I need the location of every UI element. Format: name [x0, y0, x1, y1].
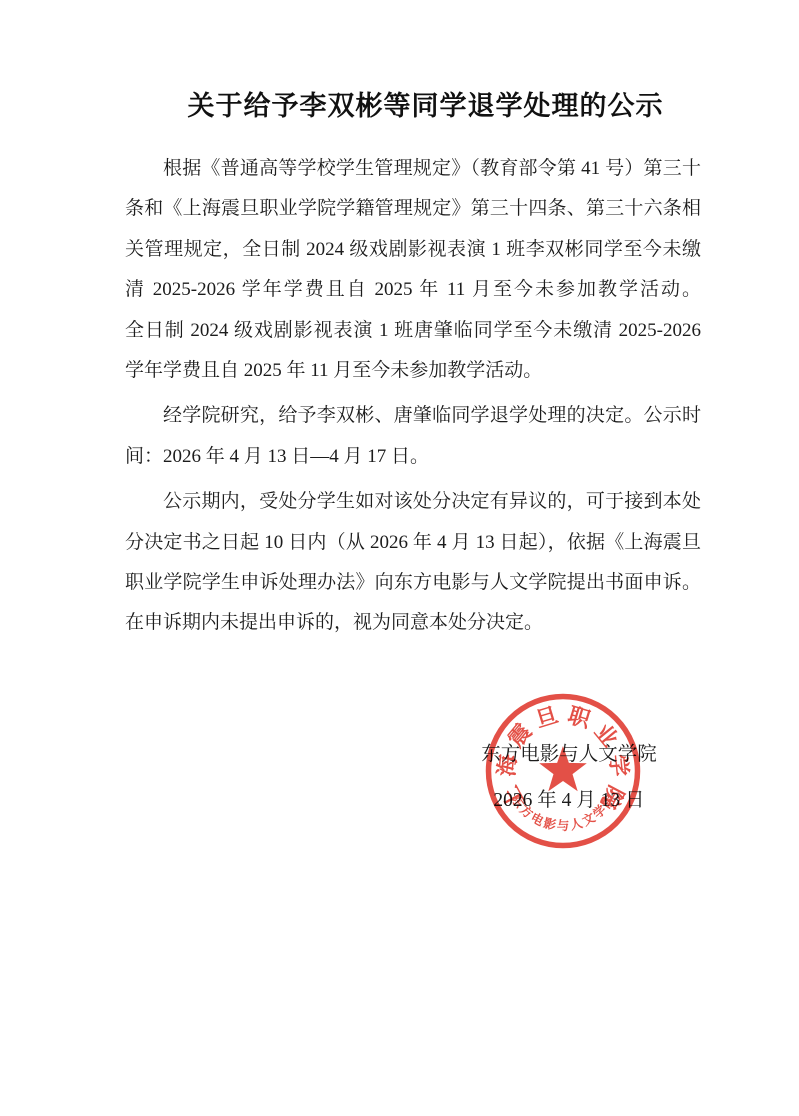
official-seal-stamp: 上海震旦职业学院东方电影与人文学院	[478, 686, 648, 856]
signature-org: 东方电影与人文学院	[481, 738, 657, 766]
document-body: 根据《普通高等学校学生管理规定》（教育部令第 41 号）第三十条和《上海震旦职业…	[125, 149, 701, 649]
document-line: 分决定书之日起 10 日内（从 2026 年 4 月 13 日起），依据《上海震…	[125, 523, 701, 563]
seal-ring-char: 职	[565, 702, 594, 733]
seal-bottom-char: 文	[580, 809, 599, 828]
seal-bottom-char: 影	[542, 815, 558, 833]
seal-bottom-char: 人	[569, 816, 585, 833]
document-paragraph: 公示期内，受处分学生如对该处分决定有异议的，可于接到本处分决定书之日起 10 日…	[125, 482, 701, 644]
seal-graphic: 上海震旦职业学院东方电影与人文学院	[478, 686, 648, 856]
seal-bottom-char: 与	[557, 818, 570, 833]
document-line: 根据《普通高等学校学生管理规定》（教育部令第 41 号）第三十	[125, 149, 701, 189]
document-title: 关于给予李双彬等同学退学处理的公示	[52, 84, 799, 123]
document-line: 在申诉期内未提出申诉的，视为同意本处分决定。	[125, 603, 701, 643]
document-line: 学年学费且自 2025 年 11 月至今未参加教学活动。	[125, 351, 701, 391]
seal-ring-char: 旦	[533, 702, 561, 732]
document-paragraph: 根据《普通高等学校学生管理规定》（教育部令第 41 号）第三十条和《上海震旦职业…	[125, 149, 701, 391]
document-line: 条和《上海震旦职业学院学籍管理规定》第三十四条、第三十六条相	[125, 189, 701, 229]
document-line: 清 2025-2026 学年学费且自 2025 年 11 月至今未参加教学活动。	[125, 270, 701, 310]
document-line: 关管理规定，全日制 2024 级戏剧影视表演 1 班李双彬同学至今未缴	[125, 230, 701, 270]
document-line: 职业学院学生申诉处理办法》向东方电影与人文学院提出书面申诉。	[125, 563, 701, 603]
seal-bottom-char: 电	[528, 810, 547, 829]
signature-date: 2026 年 4 月 13 日	[493, 784, 644, 812]
document-paragraph: 经学院研究，给予李双彬、唐肇临同学退学处理的决定。公示时间：2026 年 4 月…	[125, 396, 701, 477]
document-line: 公示期内，受处分学生如对该处分决定有异议的，可于接到本处	[125, 482, 701, 522]
document-line: 全日制 2024 级戏剧影视表演 1 班唐肇临同学至今未缴清 2025-2026	[125, 311, 701, 351]
document-line: 经学院研究，给予李双彬、唐肇临同学退学处理的决定。公示时	[125, 396, 701, 436]
document-line: 间：2026 年 4 月 13 日—4 月 17 日。	[125, 437, 701, 477]
document-page: 关于给予李双彬等同学退学处理的公示 根据《普通高等学校学生管理规定》（教育部令第…	[0, 0, 799, 1116]
